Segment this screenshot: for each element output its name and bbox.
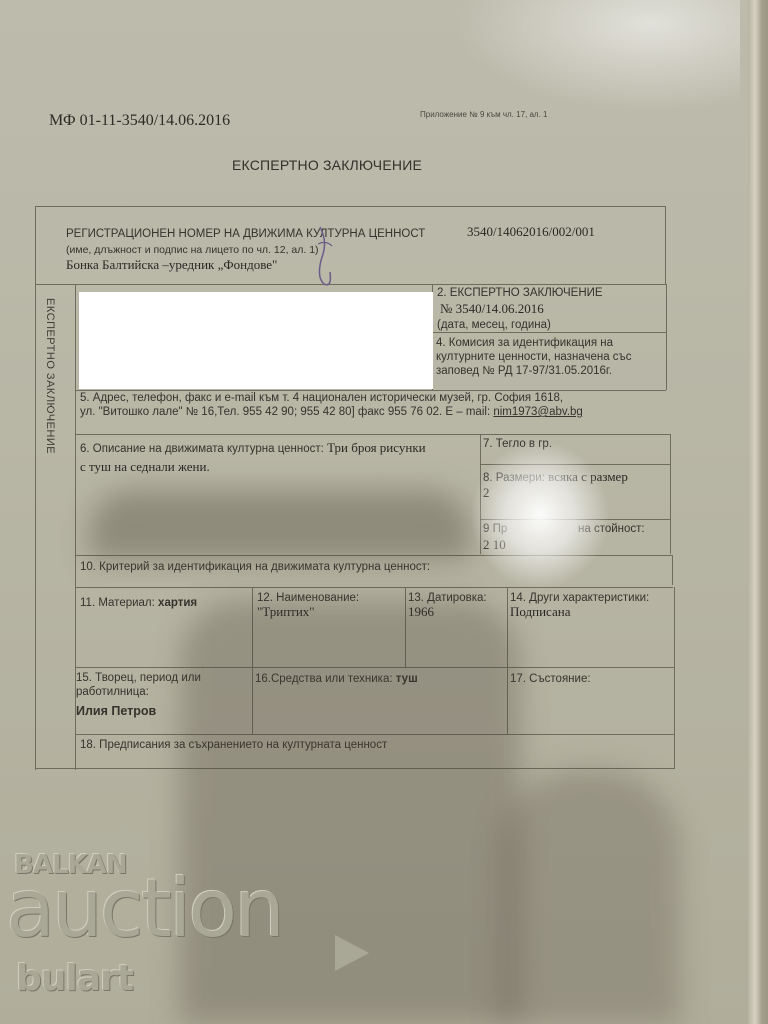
field2-value: № 3540/14.06.2016: [440, 302, 544, 316]
field1-label: РЕГИСТРАЦИОНЕН НОМЕР НА ДВИЖИМА КУЛТУРНА…: [66, 227, 425, 241]
field4-line2: културните ценности, назначена със: [436, 350, 631, 364]
field16-row: 16.Средства или техника: туш: [255, 672, 418, 686]
page-edge: [748, 0, 768, 1024]
field1-sublabel: (име, длъжност и подпис на лицето по чл.…: [66, 243, 319, 257]
field6-value-line2: с туш на седнали жени.: [80, 460, 210, 474]
field18-label: 18. Предписания за съхранението на култу…: [80, 738, 387, 752]
play-arrow-icon: [335, 935, 369, 971]
document-title: ЕКСПЕРТНО ЗАКЛЮЧЕНИЕ: [232, 157, 422, 173]
field7-label: 7. Тегло в гр.: [483, 437, 552, 451]
document-reference: МФ 01-11-3540/14.06.2016: [49, 112, 230, 130]
field17-label: 17. Състояние:: [510, 672, 591, 686]
field6-value-line1: Три броя рисунки: [327, 440, 426, 455]
field13-label: 13. Датировка:: [408, 591, 487, 605]
field6-label: 6. Описание на движимата културна ценнос…: [80, 443, 324, 455]
field13-value: 1966: [408, 605, 434, 619]
field4-line3: заповед № РД 17-97/31.05.2016г.: [436, 364, 612, 378]
field10-label: 10. Критерий за идентификация на движима…: [80, 560, 430, 574]
watermark-bulart: bulart: [16, 958, 133, 999]
field12-label: 12. Наименование:: [257, 591, 359, 605]
field12-value: "Триптих": [257, 605, 315, 619]
field11-value: хартия: [158, 597, 197, 609]
field11-label: 11. Материал:: [80, 597, 155, 609]
field5-address-text: ул. "Витошко лале" № 16,Тел. 955 42 90; …: [80, 406, 493, 418]
field15-label-line2: работилница:: [76, 685, 149, 699]
field2-sublabel: (дата, месец, година): [437, 318, 551, 332]
watermark-auction: auction: [6, 864, 282, 954]
field1-value: 3540/14062016/002/001: [467, 225, 595, 239]
redacted-area: [79, 292, 433, 389]
field9-label-tail: на стойност:: [578, 522, 645, 536]
signature-mark: [310, 222, 340, 292]
field1-person: Бонка Балтийска –уредник „Фондове": [66, 258, 277, 272]
side-label: ЕКСПЕРТНО ЗАКЛЮЧЕНИЕ: [44, 298, 56, 454]
field11-row: 11. Материал: хартия: [80, 596, 197, 610]
field14-value: Подписана: [510, 605, 570, 619]
field9-label: 9 Пр: [483, 522, 507, 536]
field16-value: туш: [396, 673, 418, 685]
field8-label: 8. Размери:: [483, 472, 545, 484]
field8-value: всяка с размер: [548, 469, 628, 484]
email-link[interactable]: nim1973@abv.bg: [493, 406, 582, 418]
field2-label: 2. ЕКСПЕРТНО ЗАКЛЮЧЕНИЕ: [437, 286, 603, 300]
annex-reference: Приложение № 9 към чл. 17, ал. 1: [420, 110, 547, 119]
field15-label-line1: 15. Творец, период или: [76, 671, 201, 685]
field6-row: 6. Описание на движимата културна ценнос…: [80, 441, 426, 456]
field16-label: 16.Средства или техника:: [255, 673, 393, 685]
field8-value-partial: 2: [483, 486, 490, 500]
field8-row: 8. Размери: всяка с размер: [483, 470, 628, 485]
field5-line1: 5. Адрес, телефон, факс и e-mail към т. …: [80, 391, 563, 405]
field4-line1: 4. Комисия за идентификация на: [436, 336, 613, 350]
field14-label: 14. Други характеристики:: [510, 591, 649, 605]
field9-value-partial: 2 10: [483, 538, 506, 552]
field15-value: Илия Петров: [76, 704, 156, 718]
field5-line2: ул. "Витошко лале" № 16,Тел. 955 42 90; …: [80, 405, 583, 419]
